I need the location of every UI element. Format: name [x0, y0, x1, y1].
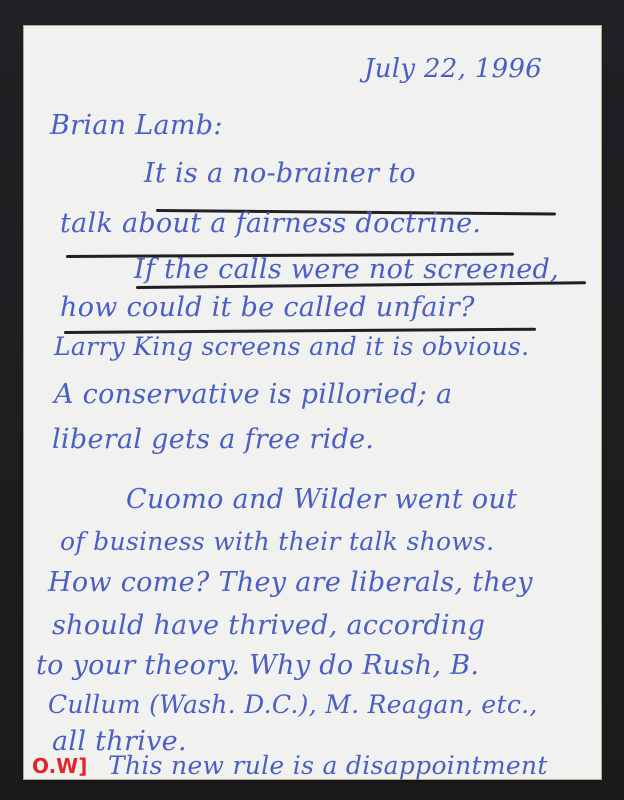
letter-page: July 22, 1996 Brian Lamb: It is a no-bra… — [24, 26, 601, 779]
letter-line-5: Larry King screens and it is obvious. — [54, 334, 529, 359]
letter-line-13: Cullum (Wash. D.C.), M. Reagan, etc., — [48, 692, 538, 717]
letter-line-7: liberal gets a free ride. — [52, 426, 374, 453]
letter-line-4: how could it be called unfair? — [60, 294, 475, 321]
letter-line-12: to your theory. Why do Rush, B. — [36, 652, 479, 679]
letter-line-3: If the calls were not screened, — [134, 256, 559, 283]
letter-salutation: Brian Lamb: — [50, 112, 223, 139]
letter-line-1: It is a no-brainer to — [144, 160, 416, 187]
letter-date: July 22, 1996 — [364, 56, 542, 82]
letter-line-11: should have thrived, according — [52, 612, 485, 639]
letter-line-9: of business with their talk shows. — [60, 529, 494, 554]
letter-line-6: A conservative is pilloried; a — [54, 381, 452, 408]
letter-line-8: Cuomo and Wilder went out — [126, 486, 517, 513]
margin-note-red: O.W] — [32, 754, 87, 778]
letter-line-2: talk about a fairness doctrine. — [60, 210, 481, 237]
letter-line-15: This new rule is a disappointment — [108, 753, 548, 778]
letter-line-10: How come? They are liberals, they — [48, 569, 533, 596]
